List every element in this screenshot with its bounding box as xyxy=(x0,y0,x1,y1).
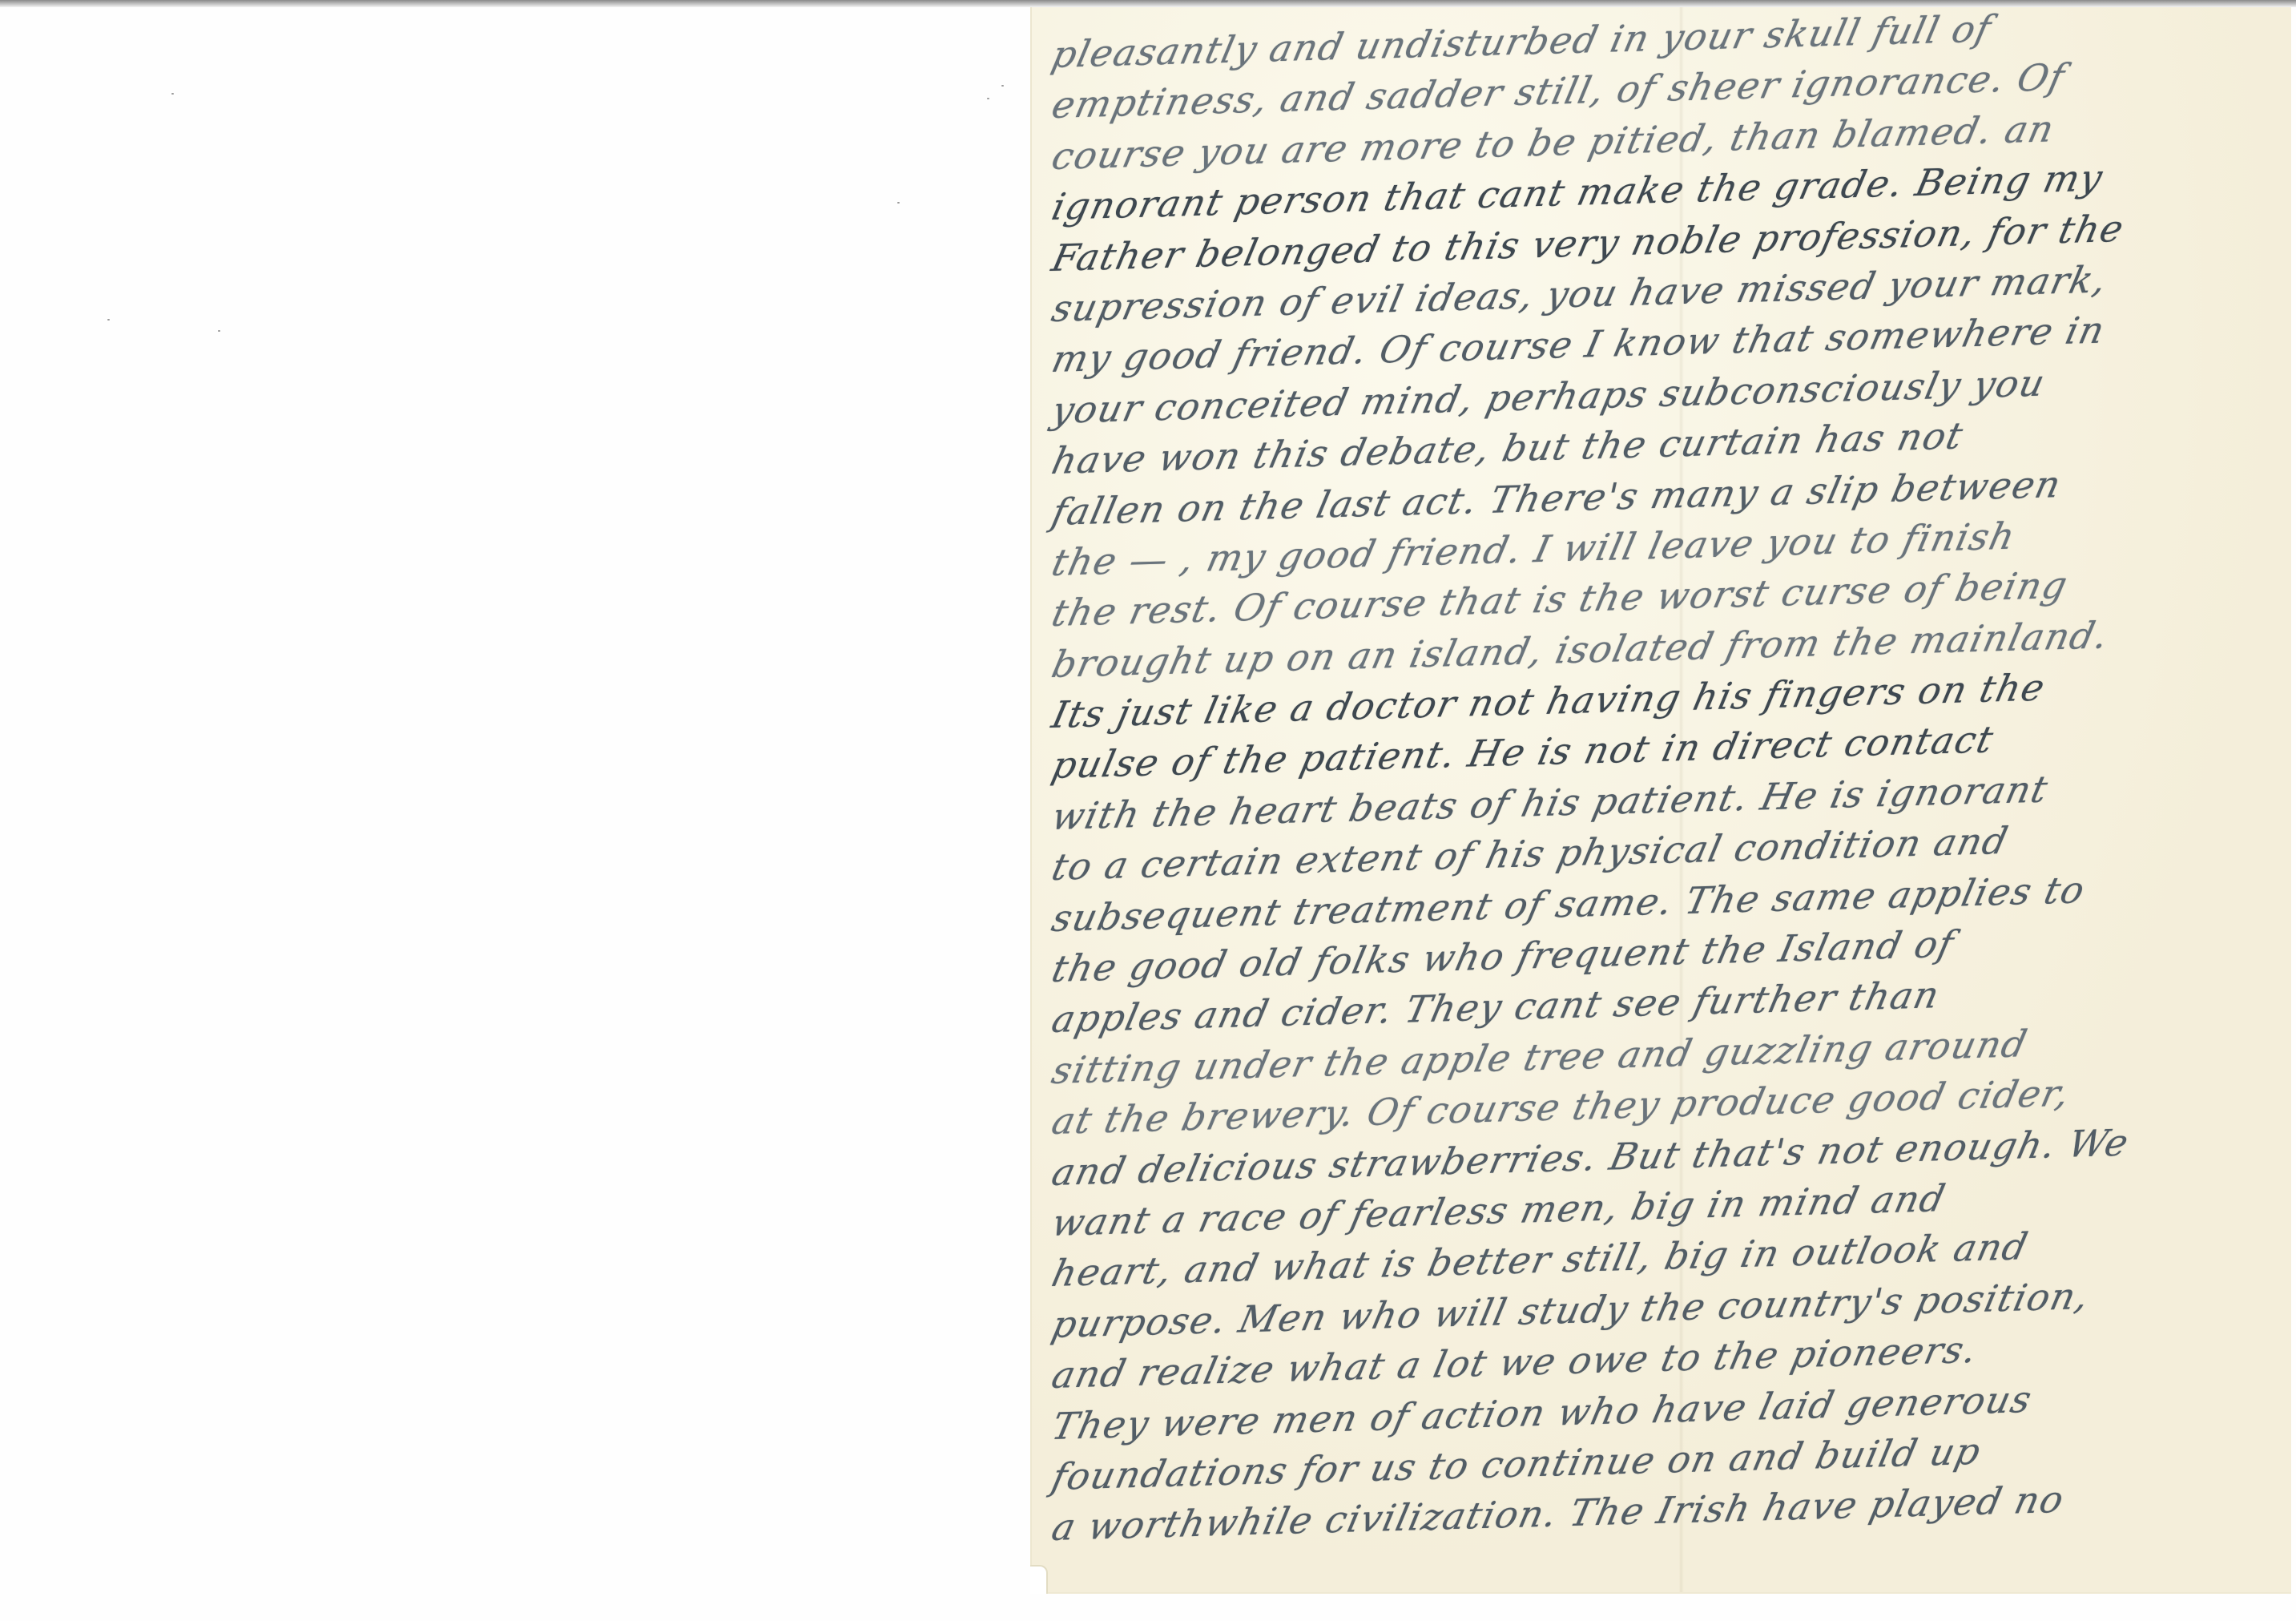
folded-corner xyxy=(1030,1565,1048,1594)
letter-page: pleasantly and undisturbed in your skull… xyxy=(1032,7,2291,1592)
handwritten-text-body: pleasantly and undisturbed in your skull… xyxy=(1053,30,2278,1554)
